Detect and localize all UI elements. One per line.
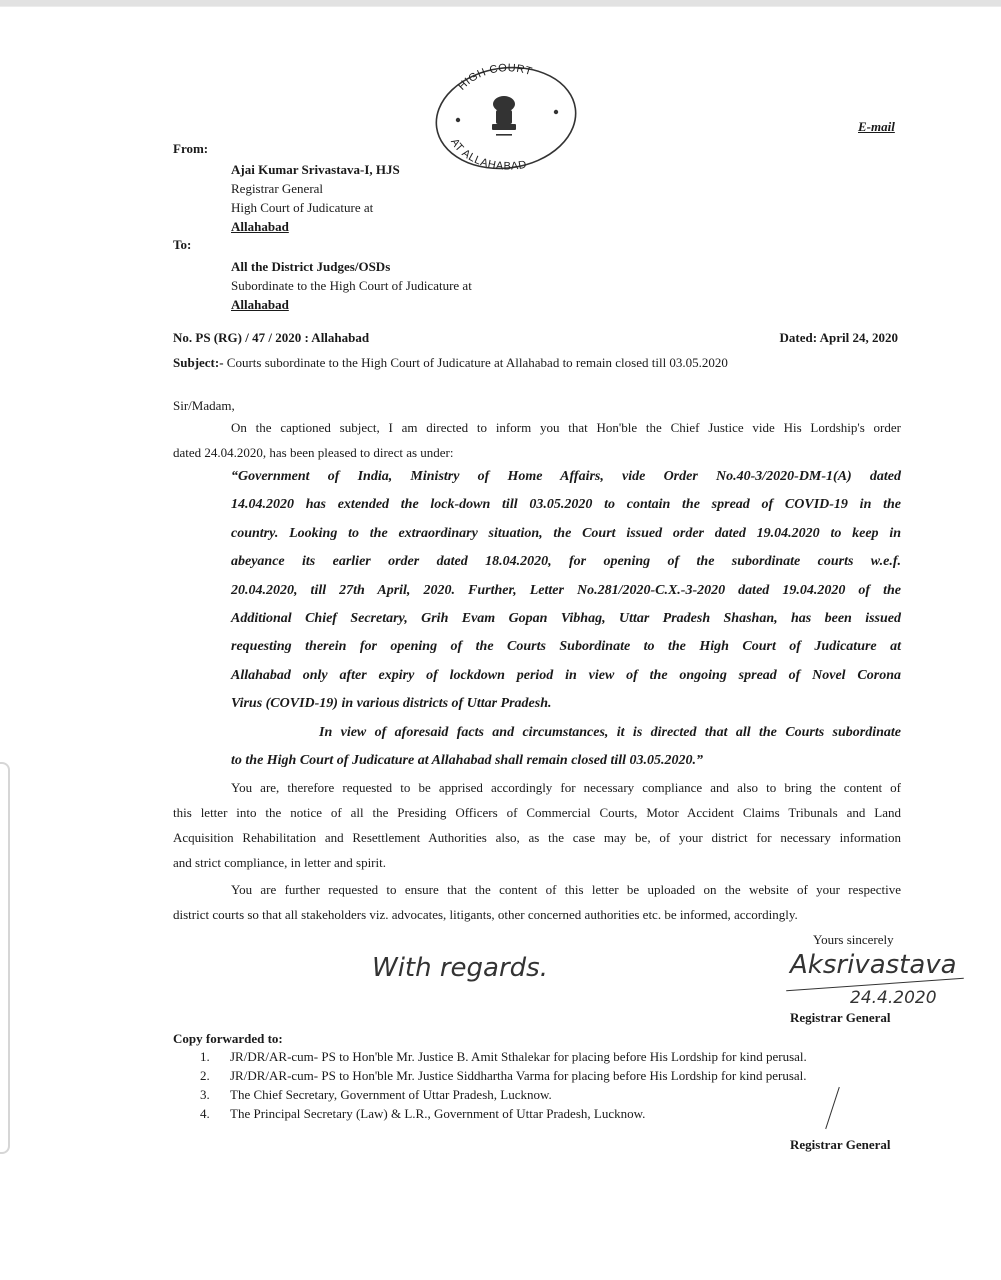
quote-line: requesting therein for opening of the Co… xyxy=(231,633,901,661)
sender-office: High Court of Judicature at xyxy=(231,198,373,217)
quote-line: Allahabad only after expiry of lockdown … xyxy=(231,662,901,690)
intro-line: On the captioned subject, I am directed … xyxy=(173,415,901,440)
copy-forwarded-list: 1.JR/DR/AR-cum- PS to Hon'ble Mr. Justic… xyxy=(200,1047,807,1123)
para-line: and strict compliance, in letter and spi… xyxy=(173,850,901,875)
signature-date: 24.4.2020 xyxy=(850,988,937,1008)
top-status-bar xyxy=(0,0,1001,7)
svg-text:HIGH COURT: HIGH COURT xyxy=(456,62,534,93)
to-label: To: xyxy=(173,237,191,253)
reference-number: No. PS (RG) / 47 / 2020 : Allahabad xyxy=(173,330,369,346)
quote-line: country. Looking to the extraordinary si… xyxy=(231,520,901,548)
intro-line: dated 24.04.2020, has been pleased to di… xyxy=(173,440,901,465)
para-line: You are, therefore requested to be appri… xyxy=(173,775,901,800)
seal-bottom-text: AT ALLAHABAD xyxy=(448,137,528,173)
quoted-order: “Government of India, Ministry of Home A… xyxy=(231,463,901,775)
quote-line: Virus (COVID-19) in various districts of… xyxy=(231,690,901,718)
website-paragraph: You are further requested to ensure that… xyxy=(173,877,901,927)
quote-line: “Government of India, Ministry of Home A… xyxy=(231,463,901,491)
list-item: 1.JR/DR/AR-cum- PS to Hon'ble Mr. Justic… xyxy=(200,1047,807,1066)
letter-date: Dated: April 24, 2020 xyxy=(780,330,898,346)
court-seal: HIGH COURT AT ALLAHABAD xyxy=(432,62,580,174)
quote-line: Additional Chief Secretary, Grih Evam Go… xyxy=(231,605,901,633)
list-item: 3.The Chief Secretary, Government of Utt… xyxy=(200,1085,807,1104)
subject-label: Subject:- xyxy=(173,355,224,370)
copy-forwarded-title: Copy forwarded to: xyxy=(173,1031,283,1047)
quote-line: In view of aforesaid facts and circumsta… xyxy=(231,719,901,747)
initial-stroke xyxy=(825,1087,840,1129)
from-label: From: xyxy=(173,141,208,157)
recipient-name: All the District Judges/OSDs xyxy=(231,257,390,276)
compliance-paragraph: You are, therefore requested to be appri… xyxy=(173,775,901,875)
side-edge-handle xyxy=(0,762,10,1154)
signature: Aksrivastava xyxy=(790,950,957,980)
signatory-designation: Registrar General xyxy=(790,1010,890,1026)
para-line: You are further requested to ensure that… xyxy=(173,877,901,902)
para-line: this letter into the notice of all the P… xyxy=(173,800,901,825)
cc-signoff: Registrar General xyxy=(790,1137,890,1153)
recipient-city: Allahabad xyxy=(231,295,289,314)
list-item: 2.JR/DR/AR-cum- PS to Hon'ble Mr. Justic… xyxy=(200,1066,807,1085)
subject-line: Subject:- Courts subordinate to the High… xyxy=(173,355,728,371)
sender-city: Allahabad xyxy=(231,217,289,236)
list-item: 4.The Principal Secretary (Law) & L.R., … xyxy=(200,1104,807,1123)
seal-top-text: HIGH COURT xyxy=(456,62,534,93)
handwritten-note: With regards. xyxy=(372,953,548,983)
para-line: district courts so that all stakeholders… xyxy=(173,902,901,927)
yours-sincerely: Yours sincerely xyxy=(813,932,894,948)
quote-line: to the High Court of Judicature at Allah… xyxy=(231,747,901,775)
sender-name: Ajai Kumar Srivastava-I, HJS xyxy=(231,160,400,179)
intro-paragraph: On the captioned subject, I am directed … xyxy=(173,415,901,465)
recipient-line2: Subordinate to the High Court of Judicat… xyxy=(231,276,472,295)
sender-designation: Registrar General xyxy=(231,179,323,198)
quote-line: 14.04.2020 has extended the lock-down ti… xyxy=(231,491,901,519)
emblem-icon xyxy=(492,96,516,136)
para-line: Acquisition Rehabilitation and Resettlem… xyxy=(173,825,901,850)
svg-text:AT ALLAHABAD: AT ALLAHABAD xyxy=(448,137,528,173)
quote-line: 20.04.2020, till 27th April, 2020. Furth… xyxy=(231,577,901,605)
email-tag: E-mail xyxy=(858,119,895,135)
quote-line: abeyance its earlier order dated 18.04.2… xyxy=(231,548,901,576)
salutation: Sir/Madam, xyxy=(173,398,235,414)
subject-text: Courts subordinate to the High Court of … xyxy=(227,355,728,370)
